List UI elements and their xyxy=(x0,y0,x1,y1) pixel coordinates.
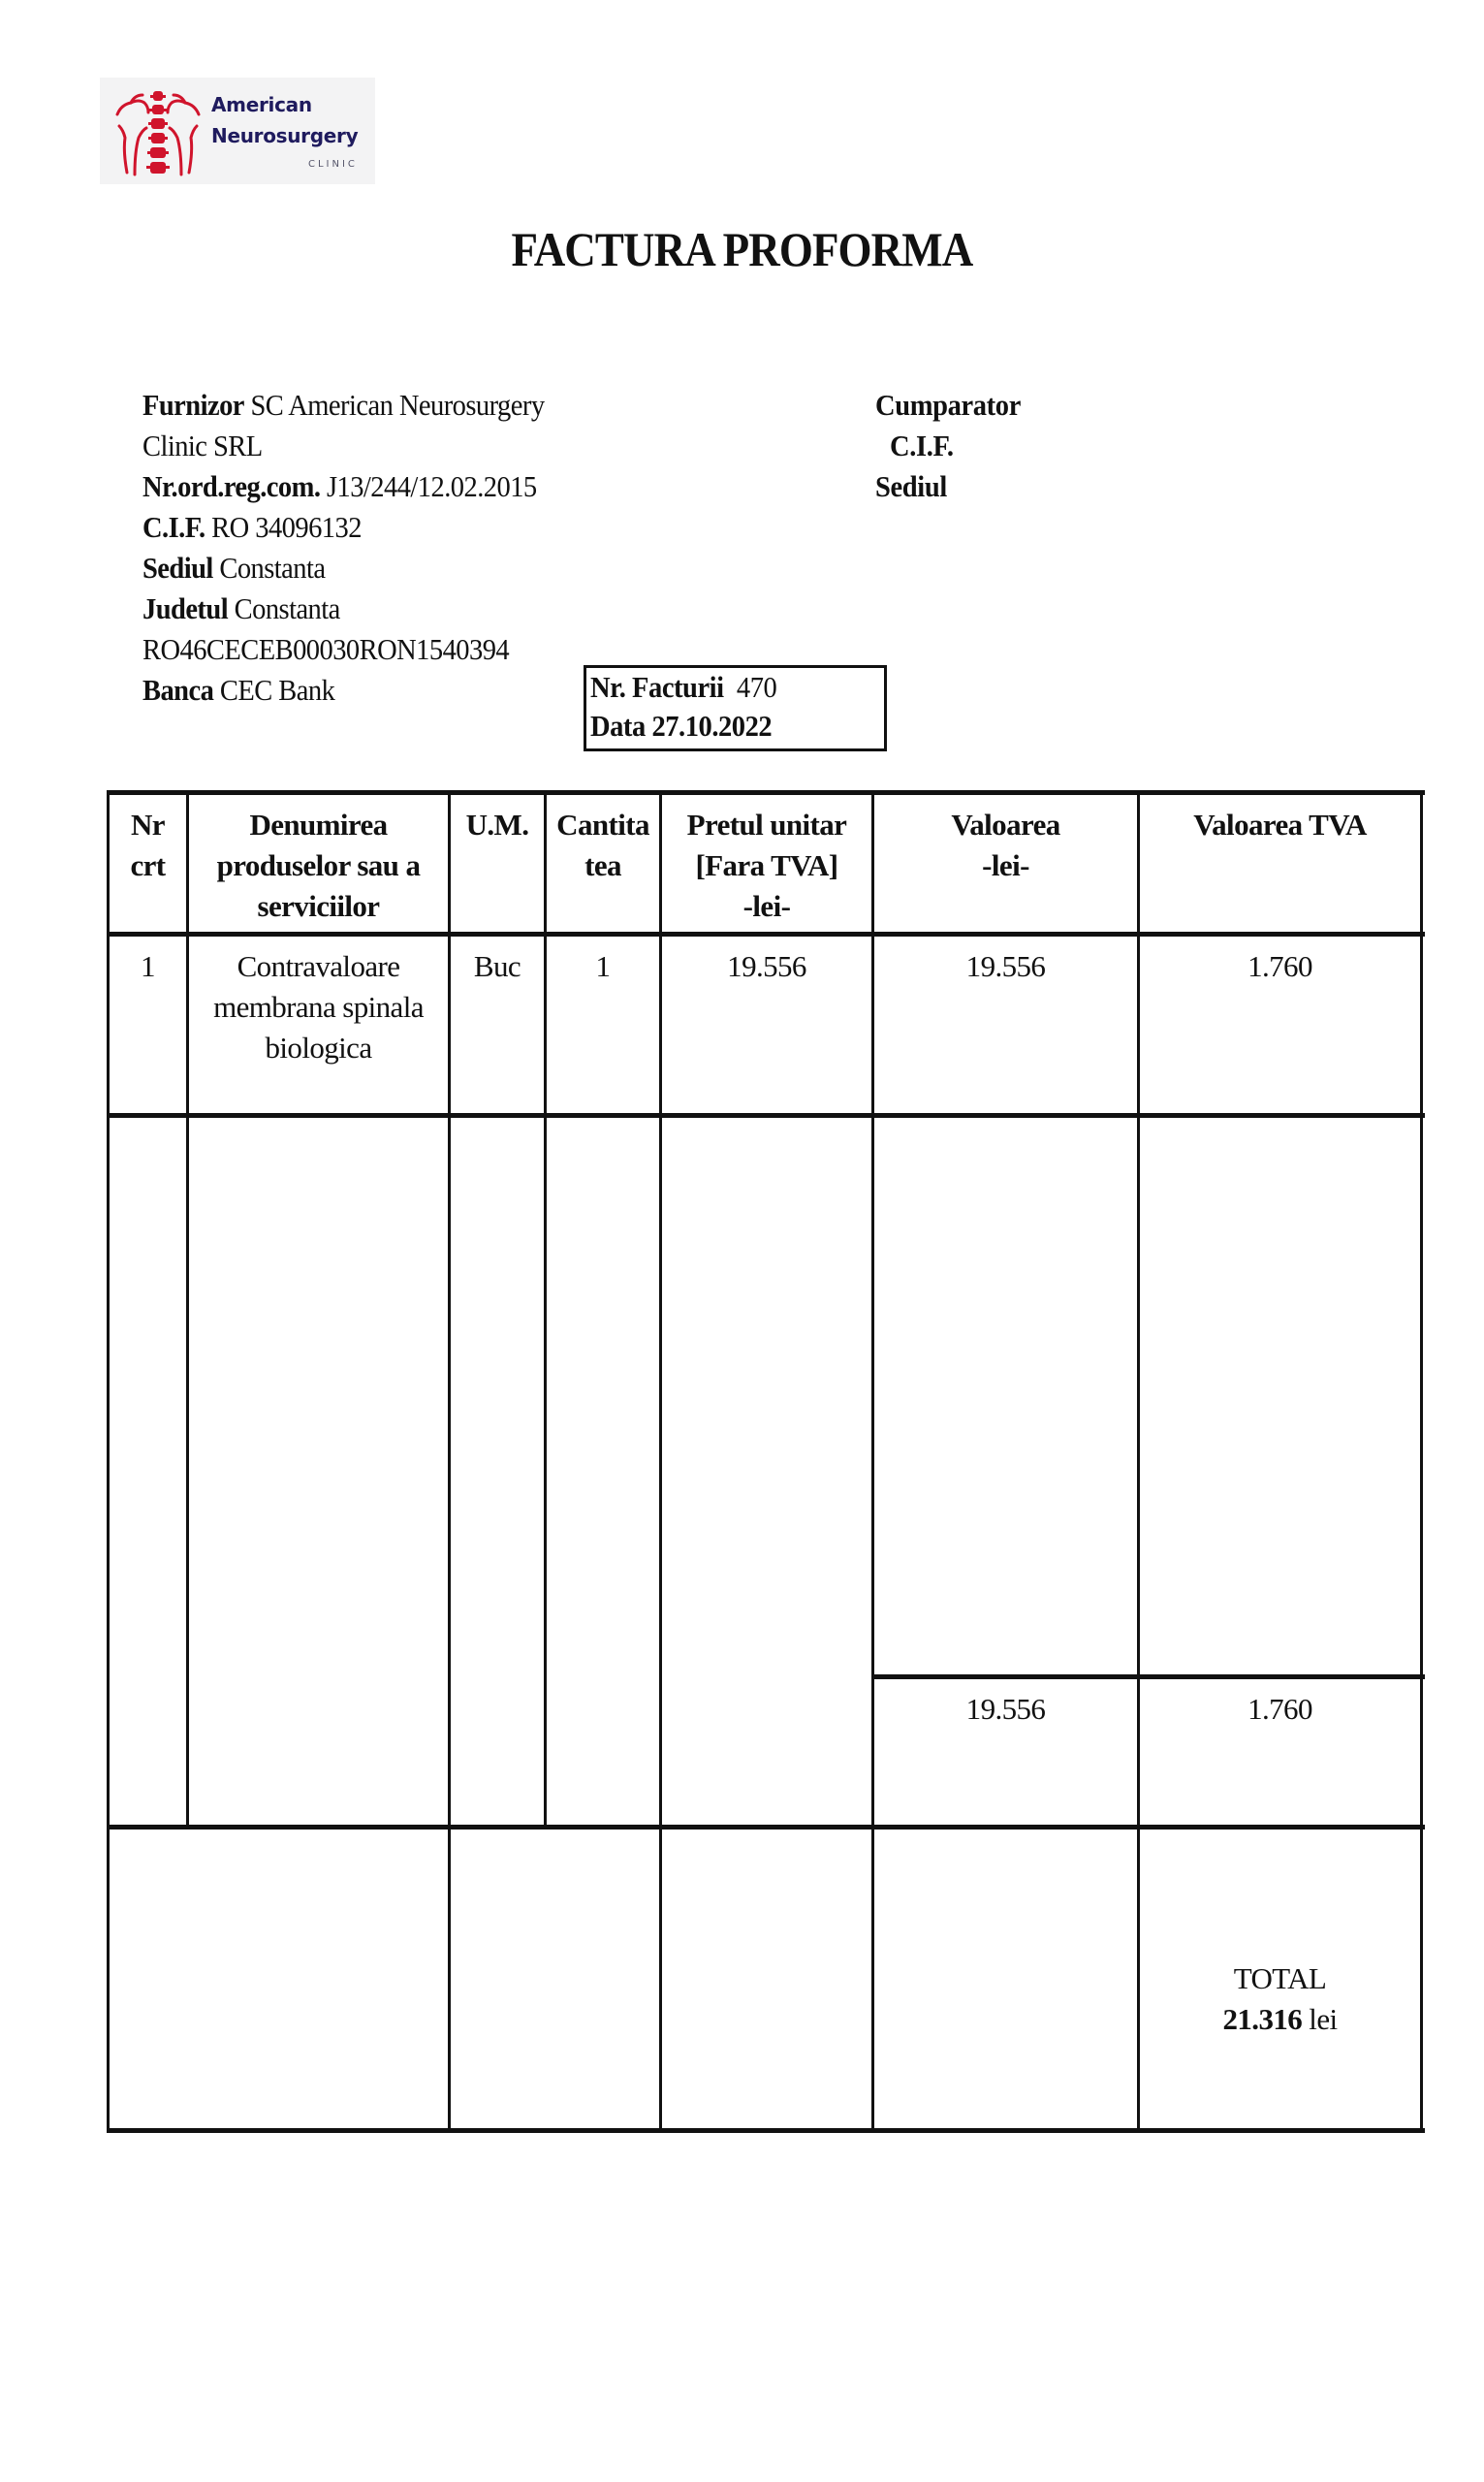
supplier-judetul: Judetul Constanta xyxy=(142,591,340,626)
invoice-number-value: 470 xyxy=(737,670,776,704)
supplier-banca: Banca CEC Bank xyxy=(142,673,334,708)
col-divider-5 xyxy=(871,790,874,2133)
iban-value: RO46CECEB00030RON1540394 xyxy=(142,632,509,666)
supplier-cif: C.I.F. RO 34096132 xyxy=(142,510,362,545)
logo-text-neurosurgery: Neurosurgery xyxy=(211,124,358,147)
table-border-top xyxy=(107,790,1425,795)
judetul-value: Constanta xyxy=(228,591,340,625)
supplier-reg: Nr.ord.reg.com. J13/244/12.02.2015 xyxy=(142,469,537,504)
total-amount-value: 21.316 xyxy=(1223,2002,1303,2036)
row1-qty: 1 xyxy=(547,946,659,987)
header-um: U.M. xyxy=(451,805,544,845)
header-pret-line1: Pretul unitar xyxy=(662,805,871,845)
logo-text-clinic: CLINIC xyxy=(308,159,358,170)
header-nr-line2: crt xyxy=(110,845,186,886)
row1-nr: 1 xyxy=(110,946,186,987)
header-pret-line3: -lei- xyxy=(662,886,871,927)
header-nr-line1: Nr xyxy=(110,805,186,845)
judetul-label: Judetul xyxy=(142,591,228,625)
buyer-cif-label: C.I.F. xyxy=(890,429,954,463)
supplier-value-cont: Clinic SRL xyxy=(142,429,263,462)
sediul-value: Constanta xyxy=(213,551,326,585)
header-tva-line1: Valoarea TVA xyxy=(1140,805,1420,845)
company-logo: American Neurosurgery CLINIC xyxy=(100,78,375,184)
supplier-iban: RO46CECEB00030RON1540394 xyxy=(142,632,509,667)
table-header-divider xyxy=(107,932,1425,937)
cif-label: C.I.F. xyxy=(142,510,205,544)
total-currency: lei xyxy=(1302,2002,1337,2036)
supplier-name: Furnizor SC American Neurosurgery xyxy=(142,388,545,423)
header-valoarea-tva: Valoarea TVA xyxy=(1140,805,1420,845)
table-border-bottom xyxy=(107,2128,1425,2133)
header-um-line1: U.M. xyxy=(451,805,544,845)
header-cantitate-line2: tea xyxy=(547,845,659,886)
header-cantitate-line1: Cantita xyxy=(547,805,659,845)
col-divider-4 xyxy=(659,790,662,2133)
header-valoarea: Valoarea -lei- xyxy=(874,805,1137,886)
row1-name-line1: Contravaloare xyxy=(189,946,448,987)
header-nr: Nr crt xyxy=(110,805,186,886)
document-title: FACTURA PROFORMA xyxy=(0,221,1484,277)
cif-value: RO 34096132 xyxy=(205,510,362,544)
header-cantitate: Cantita tea xyxy=(547,805,659,886)
supplier-label: Furnizor xyxy=(142,388,244,422)
header-valoarea-line2: -lei- xyxy=(874,845,1137,886)
invoice-number: Nr. Facturii 470 xyxy=(590,670,776,705)
row1-vat: 1.760 xyxy=(1140,946,1420,987)
logo-text-american: American xyxy=(211,93,312,116)
sediul-label: Sediul xyxy=(142,551,213,585)
spine-icon xyxy=(110,83,206,180)
total-amount: 21.316 lei xyxy=(1140,1999,1420,2040)
row1-name: Contravaloare membrana spinala biologica xyxy=(189,946,448,1068)
table-border-left xyxy=(107,790,110,2133)
table-border-right xyxy=(1420,790,1423,2133)
header-denumire: Denumirea produselor sau a serviciilor xyxy=(189,805,448,927)
invoice-date-value: 27.10.2022 xyxy=(651,709,772,743)
total-block: TOTAL 21.316 lei xyxy=(1140,1958,1420,2040)
invoice-date: Data 27.10.2022 xyxy=(590,709,772,744)
document-title-text: FACTURA PROFORMA xyxy=(512,221,973,277)
buyer-label: Cumparator xyxy=(875,388,1021,423)
header-valoarea-line1: Valoarea xyxy=(874,805,1137,845)
reg-label: Nr.ord.reg.com. xyxy=(142,469,320,503)
header-denumire-line1: Denumirea xyxy=(189,805,448,845)
invoice-number-label: Nr. Facturii xyxy=(590,670,724,704)
supplier-sediul: Sediul Constanta xyxy=(142,551,325,586)
col-divider-6 xyxy=(1137,790,1140,2133)
header-denumire-line3: serviciilor xyxy=(189,886,448,927)
subtotal-value: 19.556 xyxy=(874,1689,1137,1730)
header-denumire-line2: produselor sau a xyxy=(189,845,448,886)
header-pret-unitar: Pretul unitar [Fara TVA] -lei- xyxy=(662,805,871,927)
row1-name-line3: biologica xyxy=(189,1028,448,1068)
col-divider-2 xyxy=(448,790,451,2133)
subtotal-divider xyxy=(872,1674,1425,1679)
row1-unit-price: 19.556 xyxy=(662,946,871,987)
supplier-name-cont: Clinic SRL xyxy=(142,429,263,463)
buyer-sediul-label: Sediul xyxy=(875,469,947,504)
reg-value: J13/244/12.02.2015 xyxy=(320,469,536,503)
supplier-value: SC American Neurosurgery xyxy=(244,388,545,422)
table-row-divider xyxy=(107,1113,1425,1118)
row1-um: Buc xyxy=(451,946,544,987)
banca-label: Banca xyxy=(142,673,213,707)
total-label: TOTAL xyxy=(1140,1958,1420,1999)
row1-value: 19.556 xyxy=(874,946,1137,987)
header-pret-line2: [Fara TVA] xyxy=(662,845,871,886)
invoice-date-label: Data xyxy=(590,709,646,743)
banca-value: CEC Bank xyxy=(213,673,334,707)
table-body-bottom xyxy=(107,1825,1425,1830)
row1-name-line2: membrana spinala xyxy=(189,987,448,1028)
subtotal-vat: 1.760 xyxy=(1140,1689,1420,1730)
invoice-info-box: Nr. Facturii 470 Data 27.10.2022 xyxy=(584,665,887,751)
